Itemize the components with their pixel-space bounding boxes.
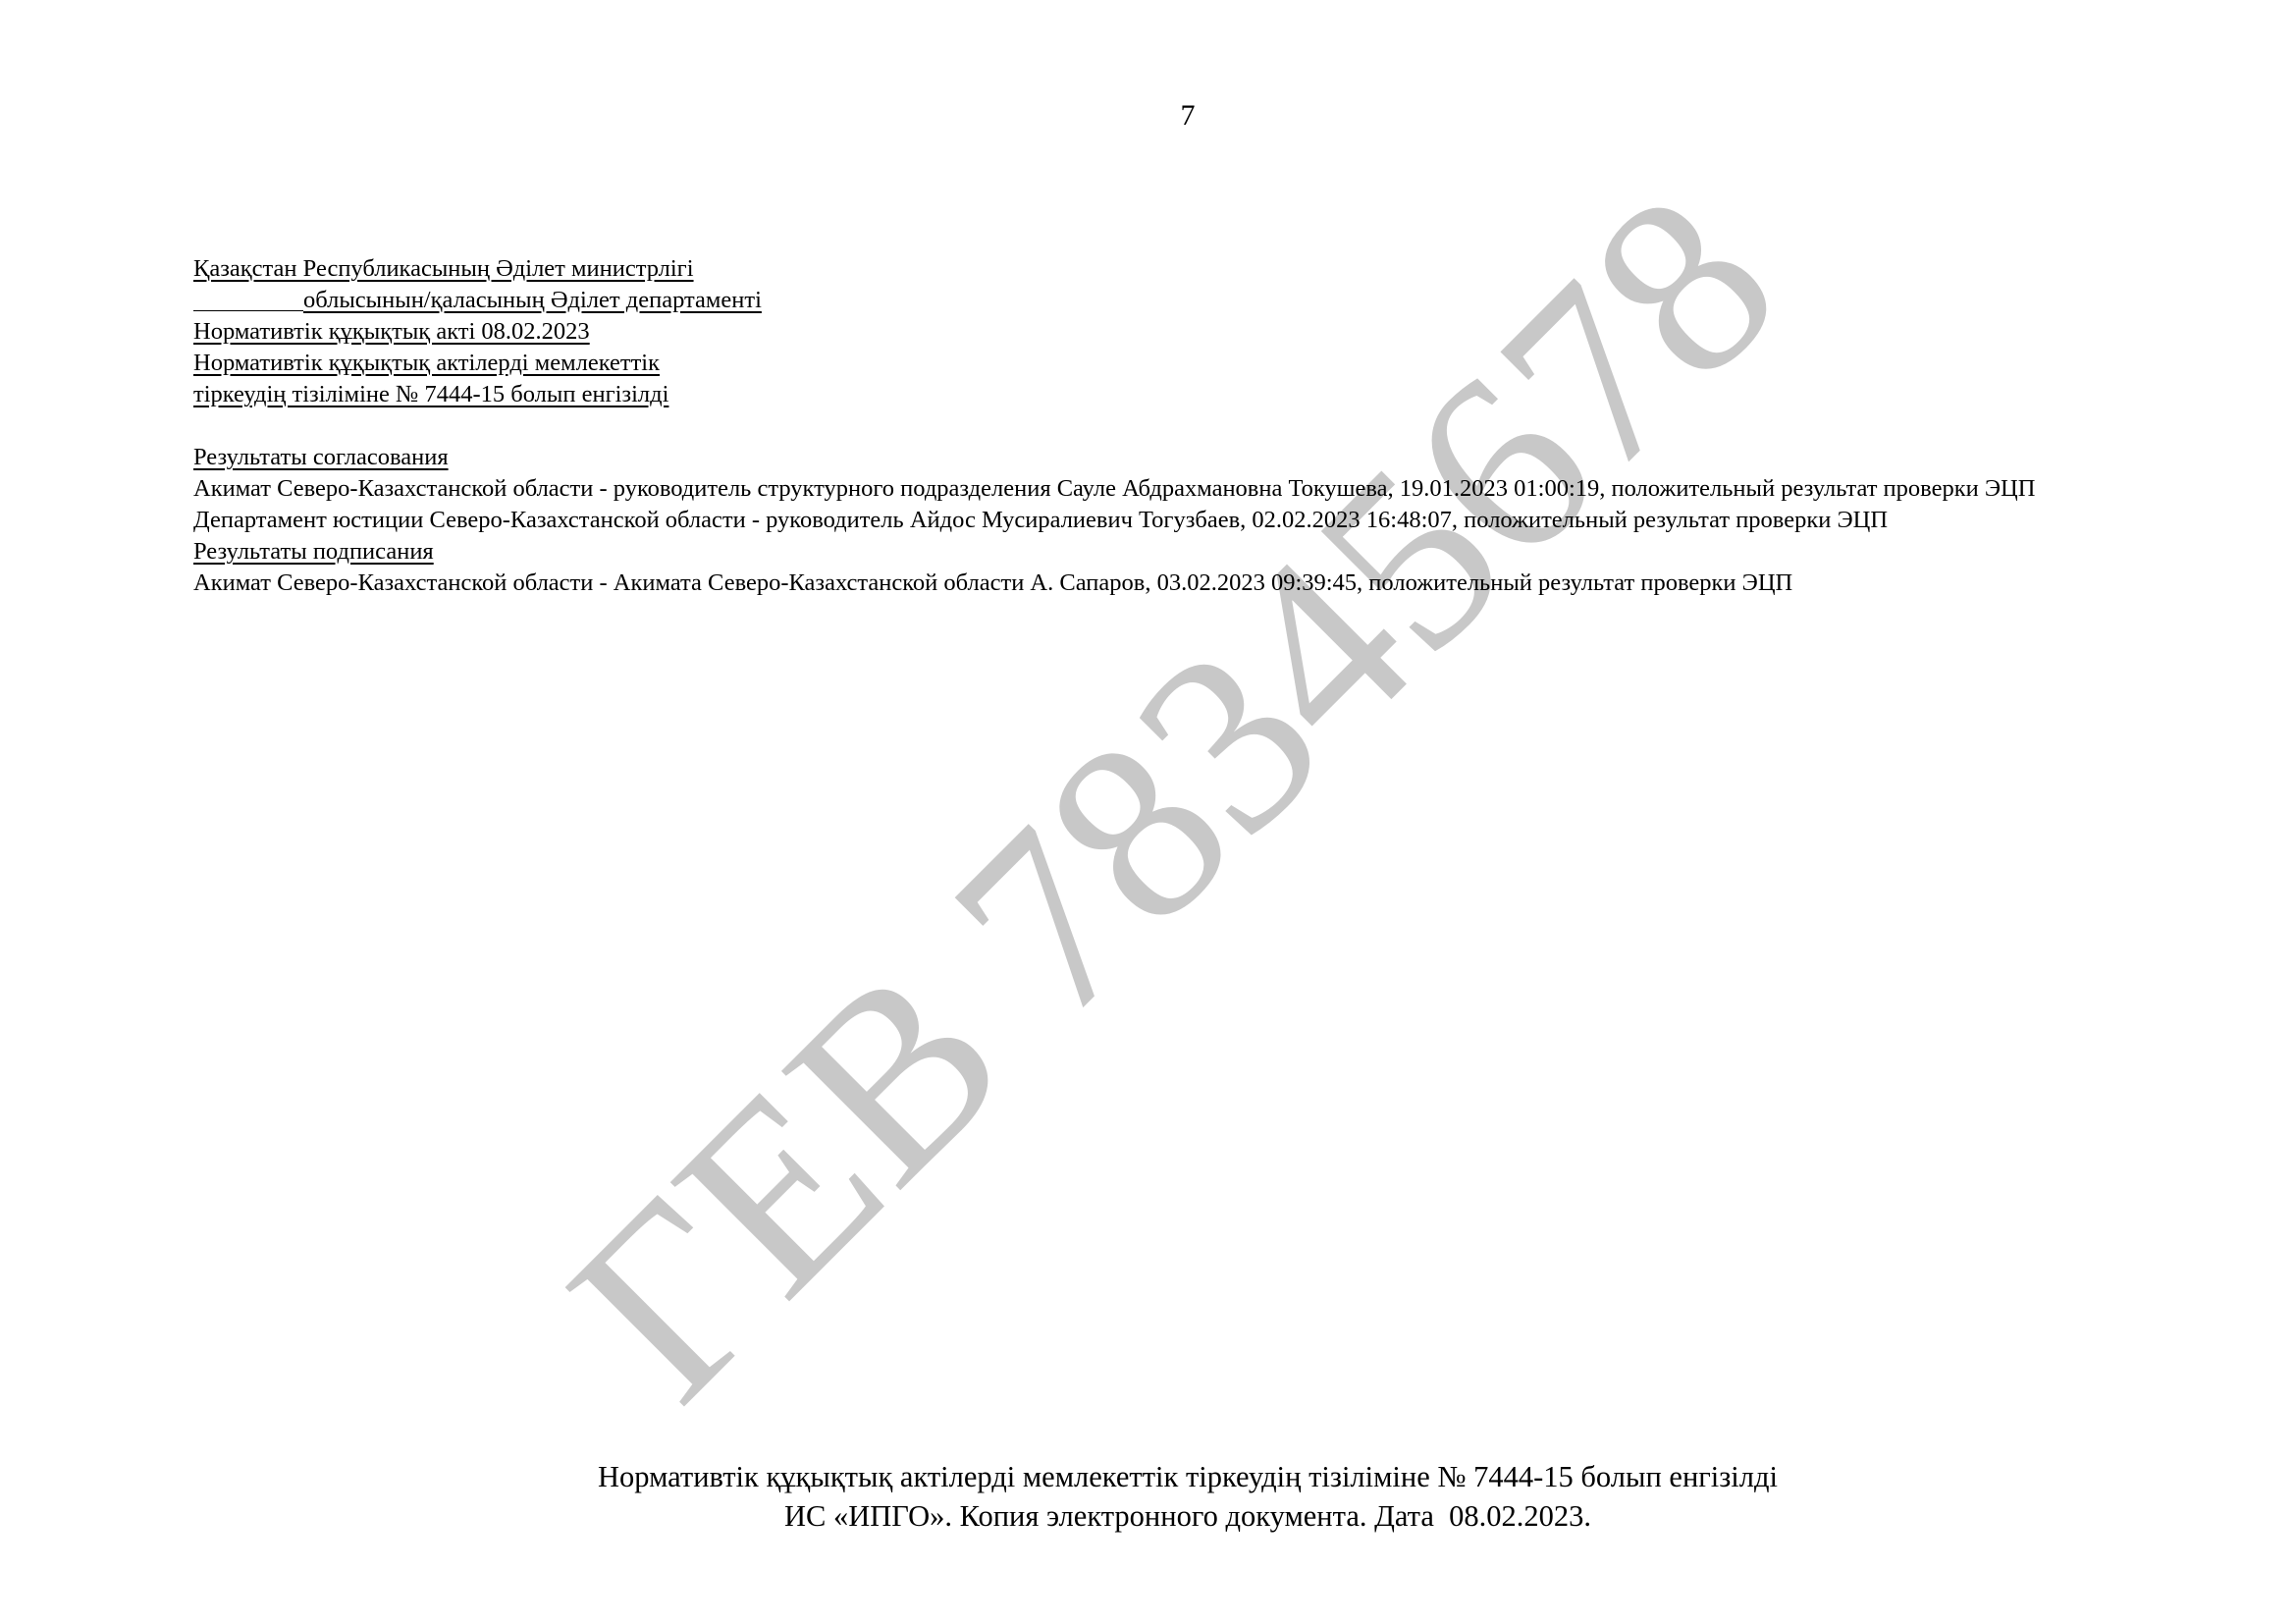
blank-region-field: [193, 285, 303, 311]
header-department-text: облысынын/қаласының Әділет департаменті: [303, 287, 762, 313]
header-registry-line2: тіркеудің тізіліміне № 7444-15 болып енг…: [193, 381, 668, 407]
approval-results: Результаты согласования Акимат Северо-Ка…: [193, 442, 2129, 536]
approval-results-heading: Результаты согласования: [193, 444, 449, 470]
header-act-date: Нормативтік құқықтық акті 08.02.2023: [193, 318, 590, 345]
document-body: Қазақстан Республикасының Әділет министр…: [193, 253, 2129, 599]
header-department: облысынын/қаласының Әділет департаменті: [193, 285, 2129, 316]
document-footer: Нормативтік құқықтық актілерді мемлекетт…: [0, 1457, 2296, 1536]
signing-results: Результаты подписания Акимат Северо-Каза…: [193, 536, 2129, 599]
footer-registry-line: Нормативтік құқықтық актілерді мемлекетт…: [0, 1457, 2296, 1496]
approval-entry: Акимат Северо-Казахстанской области - ру…: [193, 473, 2129, 505]
approval-entry: Департамент юстиции Северо-Казахстанской…: [193, 505, 2129, 536]
header-ministry: Қазақстан Республикасының Әділет министр…: [193, 253, 2129, 285]
header-registry-line1: Нормативтік құқықтық актілерді мемлекетт…: [193, 350, 660, 376]
signing-results-heading: Результаты подписания: [193, 538, 434, 565]
registration-header: Қазақстан Республикасының Әділет министр…: [193, 253, 2129, 410]
page-number: 7: [0, 96, 2296, 135]
signing-entry: Акимат Северо-Казахстанской области - Ак…: [193, 568, 2129, 599]
footer-copy-line: ИС «ИПГО». Копия электронного документа.…: [0, 1496, 2296, 1536]
